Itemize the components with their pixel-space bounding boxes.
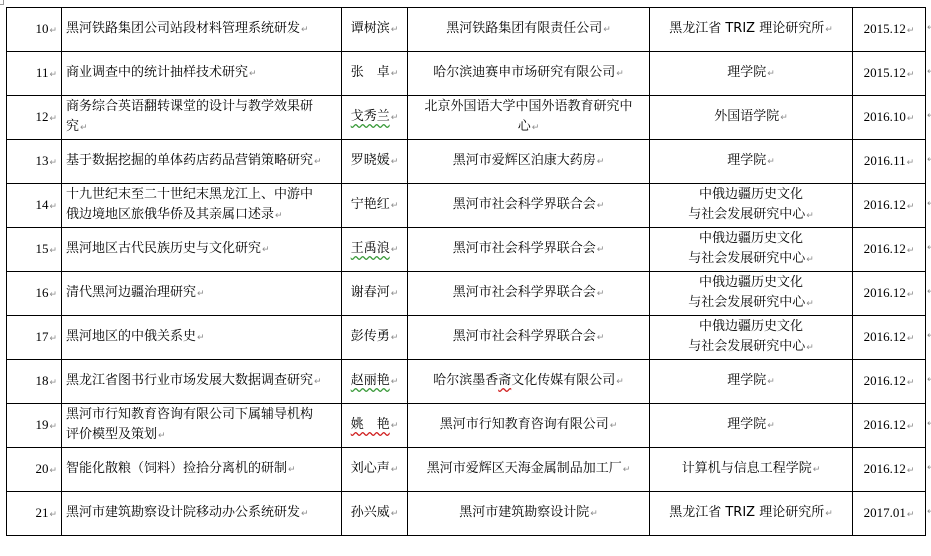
paragraph-mark-icon: ↵: [49, 509, 57, 519]
cell-project-title[interactable]: 十九世纪末至二十世纪末黑龙江上、中游中俄边境地区旅俄华侨及其亲属口述录↵: [62, 184, 342, 228]
paragraph-mark-icon: ↵: [275, 211, 283, 221]
college-line: 理学院↵: [654, 63, 848, 84]
cell-project-title[interactable]: 黑河铁路集团公司站段材料管理系统研发↵: [62, 8, 342, 52]
cell-project-title[interactable]: 黑河市行知教育咨询有限公司下属辅导机构评价模型及策划↵: [62, 404, 342, 448]
partner-unit-text: 哈尔滨墨香斋文化传媒有限公司: [433, 373, 615, 388]
cell-number[interactable]: 21↵: [7, 492, 62, 536]
row-number: 13: [35, 153, 48, 168]
paragraph-mark-icon: ↵: [907, 245, 915, 255]
paragraph-mark-icon: ↵: [825, 25, 833, 35]
cell-college[interactable]: 黑龙江省 TRIZ 理论研究所↵: [650, 8, 853, 52]
paragraph-mark-icon: ↵: [907, 509, 915, 519]
row-number: 15: [35, 241, 48, 256]
cell-person[interactable]: 谢春河↵: [342, 272, 408, 316]
table-row: 10↵黑河铁路集团公司站段材料管理系统研发↵谭树滨↵黑河铁路集团有限责任公司↵黑…: [7, 8, 926, 52]
cell-college[interactable]: 外国语学院↵: [650, 96, 853, 140]
college-text: 黑龙江省 TRIZ 理论研究所: [669, 505, 824, 520]
cell-date[interactable]: 2016.12↵: [853, 448, 926, 492]
table-row: 21↵黑河市建筑勘察设计院移动办公系统研发↵孙兴威↵黑河市建筑勘察设计院↵黑龙江…: [7, 492, 926, 536]
paragraph-mark-icon: ↵: [49, 25, 57, 35]
project-title-text: 黑河铁路集团公司站段材料管理系统研发: [66, 21, 300, 36]
project-title-text: 商业调查中的统计抽样技术研究: [66, 65, 248, 80]
row-end-mark-icon: ↵: [927, 287, 931, 297]
project-title-line: 究↵: [66, 117, 337, 138]
project-title-text: 商务综合英语翻转课堂的设计与教学效果研: [66, 99, 313, 114]
paragraph-mark-icon: ↵: [813, 465, 821, 475]
date-value: 2016.12: [864, 329, 906, 344]
cell-number[interactable]: 17↵: [7, 316, 62, 360]
paragraph-mark-icon: ↵: [391, 201, 399, 211]
cell-date[interactable]: 2016.12↵: [853, 360, 926, 404]
college-text: 理学院: [727, 373, 766, 388]
row-end-mark-icon: ↵: [927, 199, 931, 209]
paragraph-mark-icon: ↵: [806, 343, 814, 353]
paragraph-mark-icon: ↵: [603, 25, 611, 35]
date-value: 2016.11: [864, 153, 906, 168]
cell-project-title[interactable]: 商务综合英语翻转课堂的设计与教学效果研究↵: [62, 96, 342, 140]
paragraph-mark-icon: ↵: [907, 113, 915, 123]
partner-unit-line: 黑河市社会科学界联合会↵: [412, 283, 645, 304]
project-title-text: 俄边境地区旅俄华侨及其亲属口述录: [66, 207, 274, 222]
project-title-text: 智能化散粮（饲料）捡拾分离机的研制: [66, 461, 287, 476]
college-text: 计算机与信息工程学院: [682, 461, 812, 476]
college-text: 外国语学院: [714, 109, 779, 124]
paragraph-mark-icon: ↵: [49, 289, 57, 299]
table-row: 19↵黑河市行知教育咨询有限公司下属辅导机构评价模型及策划↵姚 艳↵黑河市行知教…: [7, 404, 926, 448]
paragraph-mark-icon: ↵: [780, 113, 788, 123]
cell-number[interactable]: 13↵: [7, 140, 62, 184]
partner-unit-text: 黑河市爱辉区泊康大药房: [453, 153, 596, 168]
cell-partner-unit[interactable]: 黑河市社会科学界联合会↵: [408, 272, 650, 316]
college-line: 与社会发展研究中心↵: [654, 249, 848, 270]
project-table: 10↵黑河铁路集团公司站段材料管理系统研发↵谭树滨↵黑河铁路集团有限责任公司↵黑…: [6, 7, 926, 536]
cell-number[interactable]: 20↵: [7, 448, 62, 492]
partner-unit-line: 心↵: [412, 117, 645, 138]
cell-date[interactable]: 2016.12↵: [853, 184, 926, 228]
cell-college[interactable]: 黑龙江省 TRIZ 理论研究所↵: [650, 492, 853, 536]
paragraph-mark-icon: ↵: [391, 289, 399, 299]
paragraph-mark-icon: ↵: [907, 289, 915, 299]
college-line: 中俄边疆历史文化: [654, 229, 848, 249]
cell-person[interactable]: 姚 艳↵: [342, 404, 408, 448]
project-title-text: 清代黑河边疆治理研究: [66, 285, 196, 300]
cell-date[interactable]: 2016.12↵: [853, 272, 926, 316]
project-title-text: 黑河市行知教育咨询有限公司下属辅导机构: [66, 407, 313, 422]
paragraph-mark-icon: ↵: [197, 333, 205, 343]
paragraph-mark-icon: ↵: [49, 113, 57, 123]
cell-number[interactable]: 11↵: [7, 52, 62, 96]
paragraph-mark-icon: ↵: [49, 245, 57, 255]
row-end-mark-icon: ↵: [927, 331, 931, 341]
project-title-text: 究: [66, 119, 79, 134]
row-end-mark-icon: ↵: [927, 67, 931, 77]
paragraph-mark-icon: ↵: [391, 113, 399, 123]
partner-unit-line: 黑河铁路集团有限责任公司↵: [412, 19, 645, 40]
paragraph-mark-icon: ↵: [80, 123, 88, 133]
date-value: 2016.12: [864, 285, 906, 300]
cell-person[interactable]: 孙兴威↵: [342, 492, 408, 536]
row-end-mark-icon: ↵: [927, 243, 931, 253]
college-line: 黑龙江省 TRIZ 理论研究所↵: [654, 503, 848, 524]
row-number: 18: [35, 373, 48, 388]
row-end-mark-icon: ↵: [927, 419, 931, 429]
paragraph-mark-icon: ↵: [49, 465, 57, 475]
row-number: 10: [35, 21, 48, 36]
row-number: 12: [35, 109, 48, 124]
college-line: 中俄边疆历史文化: [654, 185, 848, 205]
date-value: 2016.10: [864, 109, 906, 124]
partner-unit-line: 黑河市爱辉区天海金属制品加工厂↵: [412, 459, 645, 480]
partner-unit-text: 黑河市建筑勘察设计院: [459, 505, 589, 520]
cell-person[interactable]: 罗晓媛↵: [342, 140, 408, 184]
spelling-flag: 斋: [498, 373, 511, 388]
college-line: 黑龙江省 TRIZ 理论研究所↵: [654, 19, 848, 40]
cell-college[interactable]: 理学院↵: [650, 140, 853, 184]
paragraph-mark-icon: ↵: [314, 377, 322, 387]
cell-project-title[interactable]: 黑河市建筑勘察设计院移动办公系统研发↵: [62, 492, 342, 536]
date-value: 2016.12: [864, 461, 906, 476]
cell-partner-unit[interactable]: 北京外国语大学中国外语教育研究中心↵: [408, 96, 650, 140]
college-text: 中俄边疆历史文化: [699, 187, 803, 202]
college-text: 中俄边疆历史文化: [699, 231, 803, 246]
college-line: 理学院↵: [654, 371, 848, 392]
cell-partner-unit[interactable]: 黑河市社会科学界联合会↵: [408, 228, 650, 272]
date-value: 2016.12: [864, 241, 906, 256]
paragraph-mark-icon: ↵: [907, 421, 915, 431]
paragraph-mark-icon: ↵: [391, 333, 399, 343]
partner-unit-text: 哈尔滨迪赛申市场研究有限公司: [433, 65, 615, 80]
cell-college[interactable]: 中俄边疆历史文化与社会发展研究中心↵: [650, 272, 853, 316]
paragraph-mark-icon: ↵: [314, 157, 322, 167]
paragraph-mark-icon: ↵: [391, 509, 399, 519]
cell-person[interactable]: 宁艳红↵: [342, 184, 408, 228]
row-number: 17: [35, 329, 48, 344]
paragraph-mark-icon: ↵: [907, 465, 915, 475]
cell-project-title[interactable]: 智能化散粮（饲料）捡拾分离机的研制↵: [62, 448, 342, 492]
table-row: 16↵清代黑河边疆治理研究↵谢春河↵黑河市社会科学界联合会↵中俄边疆历史文化与社…: [7, 272, 926, 316]
paragraph-mark-icon: ↵: [907, 157, 915, 167]
paragraph-mark-icon: ↵: [767, 377, 775, 387]
cell-date[interactable]: 2016.12↵: [853, 404, 926, 448]
cell-date[interactable]: 2016.12↵: [853, 316, 926, 360]
date-value: 2016.12: [864, 197, 906, 212]
paragraph-mark-icon: ↵: [391, 245, 399, 255]
cell-number[interactable]: 16↵: [7, 272, 62, 316]
paragraph-mark-icon: ↵: [767, 421, 775, 431]
college-line: 中俄边疆历史文化: [654, 317, 848, 337]
person-name: 谭树滨: [351, 21, 390, 36]
cell-date[interactable]: 2015.12↵: [853, 8, 926, 52]
paragraph-mark-icon: ↵: [825, 509, 833, 519]
project-title-text: 黑河地区古代民族历史与文化研究: [66, 241, 261, 256]
paragraph-mark-icon: ↵: [158, 431, 166, 441]
project-title-text: 黑龙江省图书行业市场发展大数据调查研究: [66, 373, 313, 388]
cell-partner-unit[interactable]: 黑河市建筑勘察设计院↵: [408, 492, 650, 536]
partner-unit-line: 哈尔滨迪赛申市场研究有限公司↵: [412, 63, 645, 84]
paragraph-mark-icon: ↵: [49, 157, 57, 167]
paragraph-mark-icon: ↵: [197, 289, 205, 299]
project-title-line: 评价模型及策划↵: [66, 425, 337, 446]
paragraph-mark-icon: ↵: [391, 69, 399, 79]
row-end-mark-icon: ↵: [927, 23, 931, 33]
college-text: 中俄边疆历史文化: [699, 319, 803, 334]
table-row: 17↵黑河地区的中俄关系史↵彭传勇↵黑河市社会科学界联合会↵中俄边疆历史文化与社…: [7, 316, 926, 360]
paragraph-mark-icon: ↵: [49, 69, 57, 79]
paragraph-mark-icon: ↵: [597, 289, 605, 299]
cell-partner-unit[interactable]: 黑河铁路集团有限责任公司↵: [408, 8, 650, 52]
partner-unit-line: 黑河市社会科学界联合会↵: [412, 327, 645, 348]
row-end-mark-icon: ↵: [927, 507, 931, 517]
person-name: 姚 艳: [351, 417, 390, 432]
cell-college[interactable]: 中俄边疆历史文化与社会发展研究中心↵: [650, 184, 853, 228]
paragraph-mark-icon: ↵: [767, 69, 775, 79]
paragraph-mark-icon: ↵: [597, 245, 605, 255]
date-value: 2015.12: [864, 21, 906, 36]
project-title-text: 评价模型及策划: [66, 427, 157, 442]
paragraph-mark-icon: ↵: [597, 157, 605, 167]
cell-partner-unit[interactable]: 哈尔滨墨香斋文化传媒有限公司↵: [408, 360, 650, 404]
partner-unit-text: 心: [518, 119, 531, 134]
partner-unit-text: 黑河市社会科学界联合会: [453, 285, 596, 300]
cell-person[interactable]: 戈秀兰↵: [342, 96, 408, 140]
cell-number[interactable]: 18↵: [7, 360, 62, 404]
college-text: 理学院: [727, 65, 766, 80]
college-text: 与社会发展研究中心: [688, 339, 805, 354]
person-name: 宁艳红: [351, 197, 390, 212]
college-line: 理学院↵: [654, 151, 848, 172]
cell-project-title[interactable]: 黑河地区古代民族历史与文化研究↵: [62, 228, 342, 272]
row-end-mark-icon: ↵: [927, 155, 931, 165]
college-text: 与社会发展研究中心: [688, 207, 805, 222]
cell-person[interactable]: 谭树滨↵: [342, 8, 408, 52]
college-line: 理学院↵: [654, 415, 848, 436]
college-text: 理学院: [727, 153, 766, 168]
college-line: 中俄边疆历史文化: [654, 273, 848, 293]
date-value: 2016.12: [864, 417, 906, 432]
cell-date[interactable]: 2016.10↵: [853, 96, 926, 140]
cell-project-title[interactable]: 商业调查中的统计抽样技术研究↵: [62, 52, 342, 96]
paragraph-mark-icon: ↵: [616, 377, 624, 387]
table-row: 11↵商业调查中的统计抽样技术研究↵张 卓↵哈尔滨迪赛申市场研究有限公司↵理学院…: [7, 52, 926, 96]
paragraph-mark-icon: ↵: [616, 69, 624, 79]
paragraph-mark-icon: ↵: [590, 509, 598, 519]
paragraph-mark-icon: ↵: [806, 299, 814, 309]
date-value: 2015.12: [864, 65, 906, 80]
cell-partner-unit[interactable]: 黑河市爱辉区天海金属制品加工厂↵: [408, 448, 650, 492]
paragraph-mark-icon: ↵: [49, 377, 57, 387]
person-name: 戈秀兰: [351, 109, 390, 124]
paragraph-mark-icon: ↵: [249, 69, 257, 79]
partner-unit-line: 黑河市爱辉区泊康大药房↵: [412, 151, 645, 172]
cell-college[interactable]: 理学院↵: [650, 52, 853, 96]
paragraph-mark-icon: ↵: [288, 465, 296, 475]
row-end-mark-icon: ↵: [927, 111, 931, 121]
row-number: 14: [35, 197, 48, 212]
partner-unit-line: 黑河市建筑勘察设计院↵: [412, 503, 645, 524]
table-row: 13↵基于数据挖掘的单体药店药品营销策略研究↵罗晓媛↵黑河市爱辉区泊康大药房↵理…: [7, 140, 926, 184]
paragraph-mark-icon: ↵: [391, 25, 399, 35]
paragraph-mark-icon: ↵: [907, 69, 915, 79]
paragraph-mark-icon: ↵: [907, 201, 915, 211]
paragraph-mark-icon: ↵: [391, 157, 399, 167]
cell-number[interactable]: 15↵: [7, 228, 62, 272]
project-title-line: 黑河铁路集团公司站段材料管理系统研发↵: [66, 19, 337, 40]
cell-partner-unit[interactable]: 黑河市社会科学界联合会↵: [408, 184, 650, 228]
table-row: 18↵黑龙江省图书行业市场发展大数据调查研究↵赵丽艳↵哈尔滨墨香斋文化传媒有限公…: [7, 360, 926, 404]
page-corner-mark: [0, 0, 4, 5]
cell-number[interactable]: 12↵: [7, 96, 62, 140]
paragraph-mark-icon: ↵: [907, 333, 915, 343]
table-row: 20↵智能化散粮（饲料）捡拾分离机的研制↵刘心声↵黑河市爱辉区天海金属制品加工厂…: [7, 448, 926, 492]
paragraph-mark-icon: ↵: [767, 157, 775, 167]
partner-unit-text: 黑河市社会科学界联合会: [453, 197, 596, 212]
paragraph-mark-icon: ↵: [49, 333, 57, 343]
row-number: 21: [35, 505, 48, 520]
cell-person[interactable]: 张 卓↵: [342, 52, 408, 96]
partner-unit-text: 黑河市行知教育咨询有限公司: [440, 417, 609, 432]
cell-number[interactable]: 14↵: [7, 184, 62, 228]
project-table-body: 10↵黑河铁路集团公司站段材料管理系统研发↵谭树滨↵黑河铁路集团有限责任公司↵黑…: [7, 8, 926, 536]
paragraph-mark-icon: ↵: [907, 377, 915, 387]
project-title-line: 黑河地区古代民族历史与文化研究↵: [66, 239, 337, 260]
college-line: 与社会发展研究中心↵: [654, 205, 848, 226]
cell-college[interactable]: 中俄边疆历史文化与社会发展研究中心↵: [650, 316, 853, 360]
row-end-mark-icon: ↵: [927, 463, 931, 473]
partner-unit-text: 黑河铁路集团有限责任公司: [446, 21, 602, 36]
partner-unit-line: 黑河市社会科学界联合会↵: [412, 239, 645, 260]
cell-partner-unit[interactable]: 哈尔滨迪赛申市场研究有限公司↵: [408, 52, 650, 96]
cell-date[interactable]: 2017.01↵: [853, 492, 926, 536]
cell-number[interactable]: 19↵: [7, 404, 62, 448]
paragraph-mark-icon: ↵: [532, 123, 540, 133]
table-row: 14↵十九世纪末至二十世纪末黑龙江上、中游中俄边境地区旅俄华侨及其亲属口述录↵宁…: [7, 184, 926, 228]
project-title-line: 黑河地区的中俄关系史↵: [66, 327, 337, 348]
project-title-line: 智能化散粮（饲料）捡拾分离机的研制↵: [66, 459, 337, 480]
college-line: 外国语学院↵: [654, 107, 848, 128]
person-name: 孙兴威: [351, 505, 390, 520]
cell-college[interactable]: 理学院↵: [650, 360, 853, 404]
cell-date[interactable]: 2016.11↵: [853, 140, 926, 184]
paragraph-mark-icon: ↵: [301, 509, 309, 519]
cell-project-title[interactable]: 基于数据挖掘的单体药店药品营销策略研究↵: [62, 140, 342, 184]
cell-person[interactable]: 刘心声↵: [342, 448, 408, 492]
cell-person[interactable]: 王禹浪↵: [342, 228, 408, 272]
paragraph-mark-icon: ↵: [391, 377, 399, 387]
project-title-line: 商业调查中的统计抽样技术研究↵: [66, 63, 337, 84]
row-number: 19: [35, 417, 48, 432]
project-title-line: 清代黑河边疆治理研究↵: [66, 283, 337, 304]
partner-unit-line: 黑河市行知教育咨询有限公司↵: [412, 415, 645, 436]
cell-number[interactable]: 10↵: [7, 8, 62, 52]
cell-date[interactable]: 2016.12↵: [853, 228, 926, 272]
cell-project-title[interactable]: 清代黑河边疆治理研究↵: [62, 272, 342, 316]
cell-date[interactable]: 2015.12↵: [853, 52, 926, 96]
project-title-text: 黑河市建筑勘察设计院移动办公系统研发: [66, 505, 300, 520]
person-name: 赵丽艳: [351, 373, 390, 388]
college-line: 计算机与信息工程学院↵: [654, 459, 848, 480]
paragraph-mark-icon: ↵: [49, 201, 57, 211]
project-title-line: 黑河市行知教育咨询有限公司下属辅导机构: [66, 405, 337, 425]
college-text: 与社会发展研究中心: [688, 251, 805, 266]
row-number: 20: [35, 461, 48, 476]
project-title-line: 基于数据挖掘的单体药店药品营销策略研究↵: [66, 151, 337, 172]
cell-college[interactable]: 理学院↵: [650, 404, 853, 448]
cell-college[interactable]: 计算机与信息工程学院↵: [650, 448, 853, 492]
paragraph-mark-icon: ↵: [597, 201, 605, 211]
partner-unit-line: 北京外国语大学中国外语教育研究中: [412, 97, 645, 117]
project-title-line: 黑河市建筑勘察设计院移动办公系统研发↵: [66, 503, 337, 524]
cell-partner-unit[interactable]: 黑河市行知教育咨询有限公司↵: [408, 404, 650, 448]
row-number: 16: [35, 285, 48, 300]
cell-college[interactable]: 中俄边疆历史文化与社会发展研究中心↵: [650, 228, 853, 272]
paragraph-mark-icon: ↵: [907, 25, 915, 35]
date-value: 2016.12: [864, 373, 906, 388]
paragraph-mark-icon: ↵: [49, 421, 57, 431]
partner-unit-line: 哈尔滨墨香斋文化传媒有限公司↵: [412, 371, 645, 392]
paragraph-mark-icon: ↵: [391, 421, 399, 431]
paragraph-mark-icon: ↵: [262, 245, 270, 255]
paragraph-mark-icon: ↵: [301, 25, 309, 35]
project-title-text: 基于数据挖掘的单体药店药品营销策略研究: [66, 153, 313, 168]
partner-unit-line: 黑河市社会科学界联合会↵: [412, 195, 645, 216]
row-number: 11: [36, 65, 49, 80]
college-line: 与社会发展研究中心↵: [654, 337, 848, 358]
person-name: 彭传勇: [351, 329, 390, 344]
cell-project-title[interactable]: 黑河地区的中俄关系史↵: [62, 316, 342, 360]
cell-partner-unit[interactable]: 黑河市社会科学界联合会↵: [408, 316, 650, 360]
person-name: 王禹浪: [351, 241, 390, 256]
project-title-line: 商务综合英语翻转课堂的设计与教学效果研: [66, 97, 337, 117]
partner-unit-text: 北京外国语大学中国外语教育研究中: [424, 99, 632, 114]
college-text: 黑龙江省 TRIZ 理论研究所: [669, 21, 824, 36]
partner-unit-text: 黑河市社会科学界联合会: [453, 241, 596, 256]
person-name: 谢春河: [351, 285, 390, 300]
partner-unit-text: 黑河市社会科学界联合会: [453, 329, 596, 344]
project-title-line: 俄边境地区旅俄华侨及其亲属口述录↵: [66, 205, 337, 226]
partner-unit-text: 黑河市爱辉区天海金属制品加工厂: [427, 461, 622, 476]
project-title-line: 黑龙江省图书行业市场发展大数据调查研究↵: [66, 371, 337, 392]
project-title-text: 黑河地区的中俄关系史: [66, 329, 196, 344]
row-end-mark-icon: ↵: [927, 375, 931, 385]
date-value: 2017.01: [864, 505, 906, 520]
cell-person[interactable]: 彭传勇↵: [342, 316, 408, 360]
paragraph-mark-icon: ↵: [597, 333, 605, 343]
project-title-text: 十九世纪末至二十世纪末黑龙江上、中游中: [66, 187, 313, 202]
paragraph-mark-icon: ↵: [391, 465, 399, 475]
project-title-line: 十九世纪末至二十世纪末黑龙江上、中游中: [66, 185, 337, 205]
person-name: 刘心声: [351, 461, 390, 476]
paragraph-mark-icon: ↵: [623, 465, 631, 475]
paragraph-mark-icon: ↵: [806, 211, 814, 221]
paragraph-mark-icon: ↵: [610, 421, 618, 431]
cell-person[interactable]: 赵丽艳↵: [342, 360, 408, 404]
cell-partner-unit[interactable]: 黑河市爱辉区泊康大药房↵: [408, 140, 650, 184]
college-text: 理学院: [727, 417, 766, 432]
table-row: 12↵商务综合英语翻转课堂的设计与教学效果研究↵戈秀兰↵北京外国语大学中国外语教…: [7, 96, 926, 140]
table-row: 15↵黑河地区古代民族历史与文化研究↵王禹浪↵黑河市社会科学界联合会↵中俄边疆历…: [7, 228, 926, 272]
person-name: 张 卓: [351, 65, 390, 80]
paragraph-mark-icon: ↵: [806, 255, 814, 265]
person-name: 罗晓媛: [351, 153, 390, 168]
college-text: 中俄边疆历史文化: [699, 275, 803, 290]
college-line: 与社会发展研究中心↵: [654, 293, 848, 314]
cell-project-title[interactable]: 黑龙江省图书行业市场发展大数据调查研究↵: [62, 360, 342, 404]
college-text: 与社会发展研究中心: [688, 295, 805, 310]
